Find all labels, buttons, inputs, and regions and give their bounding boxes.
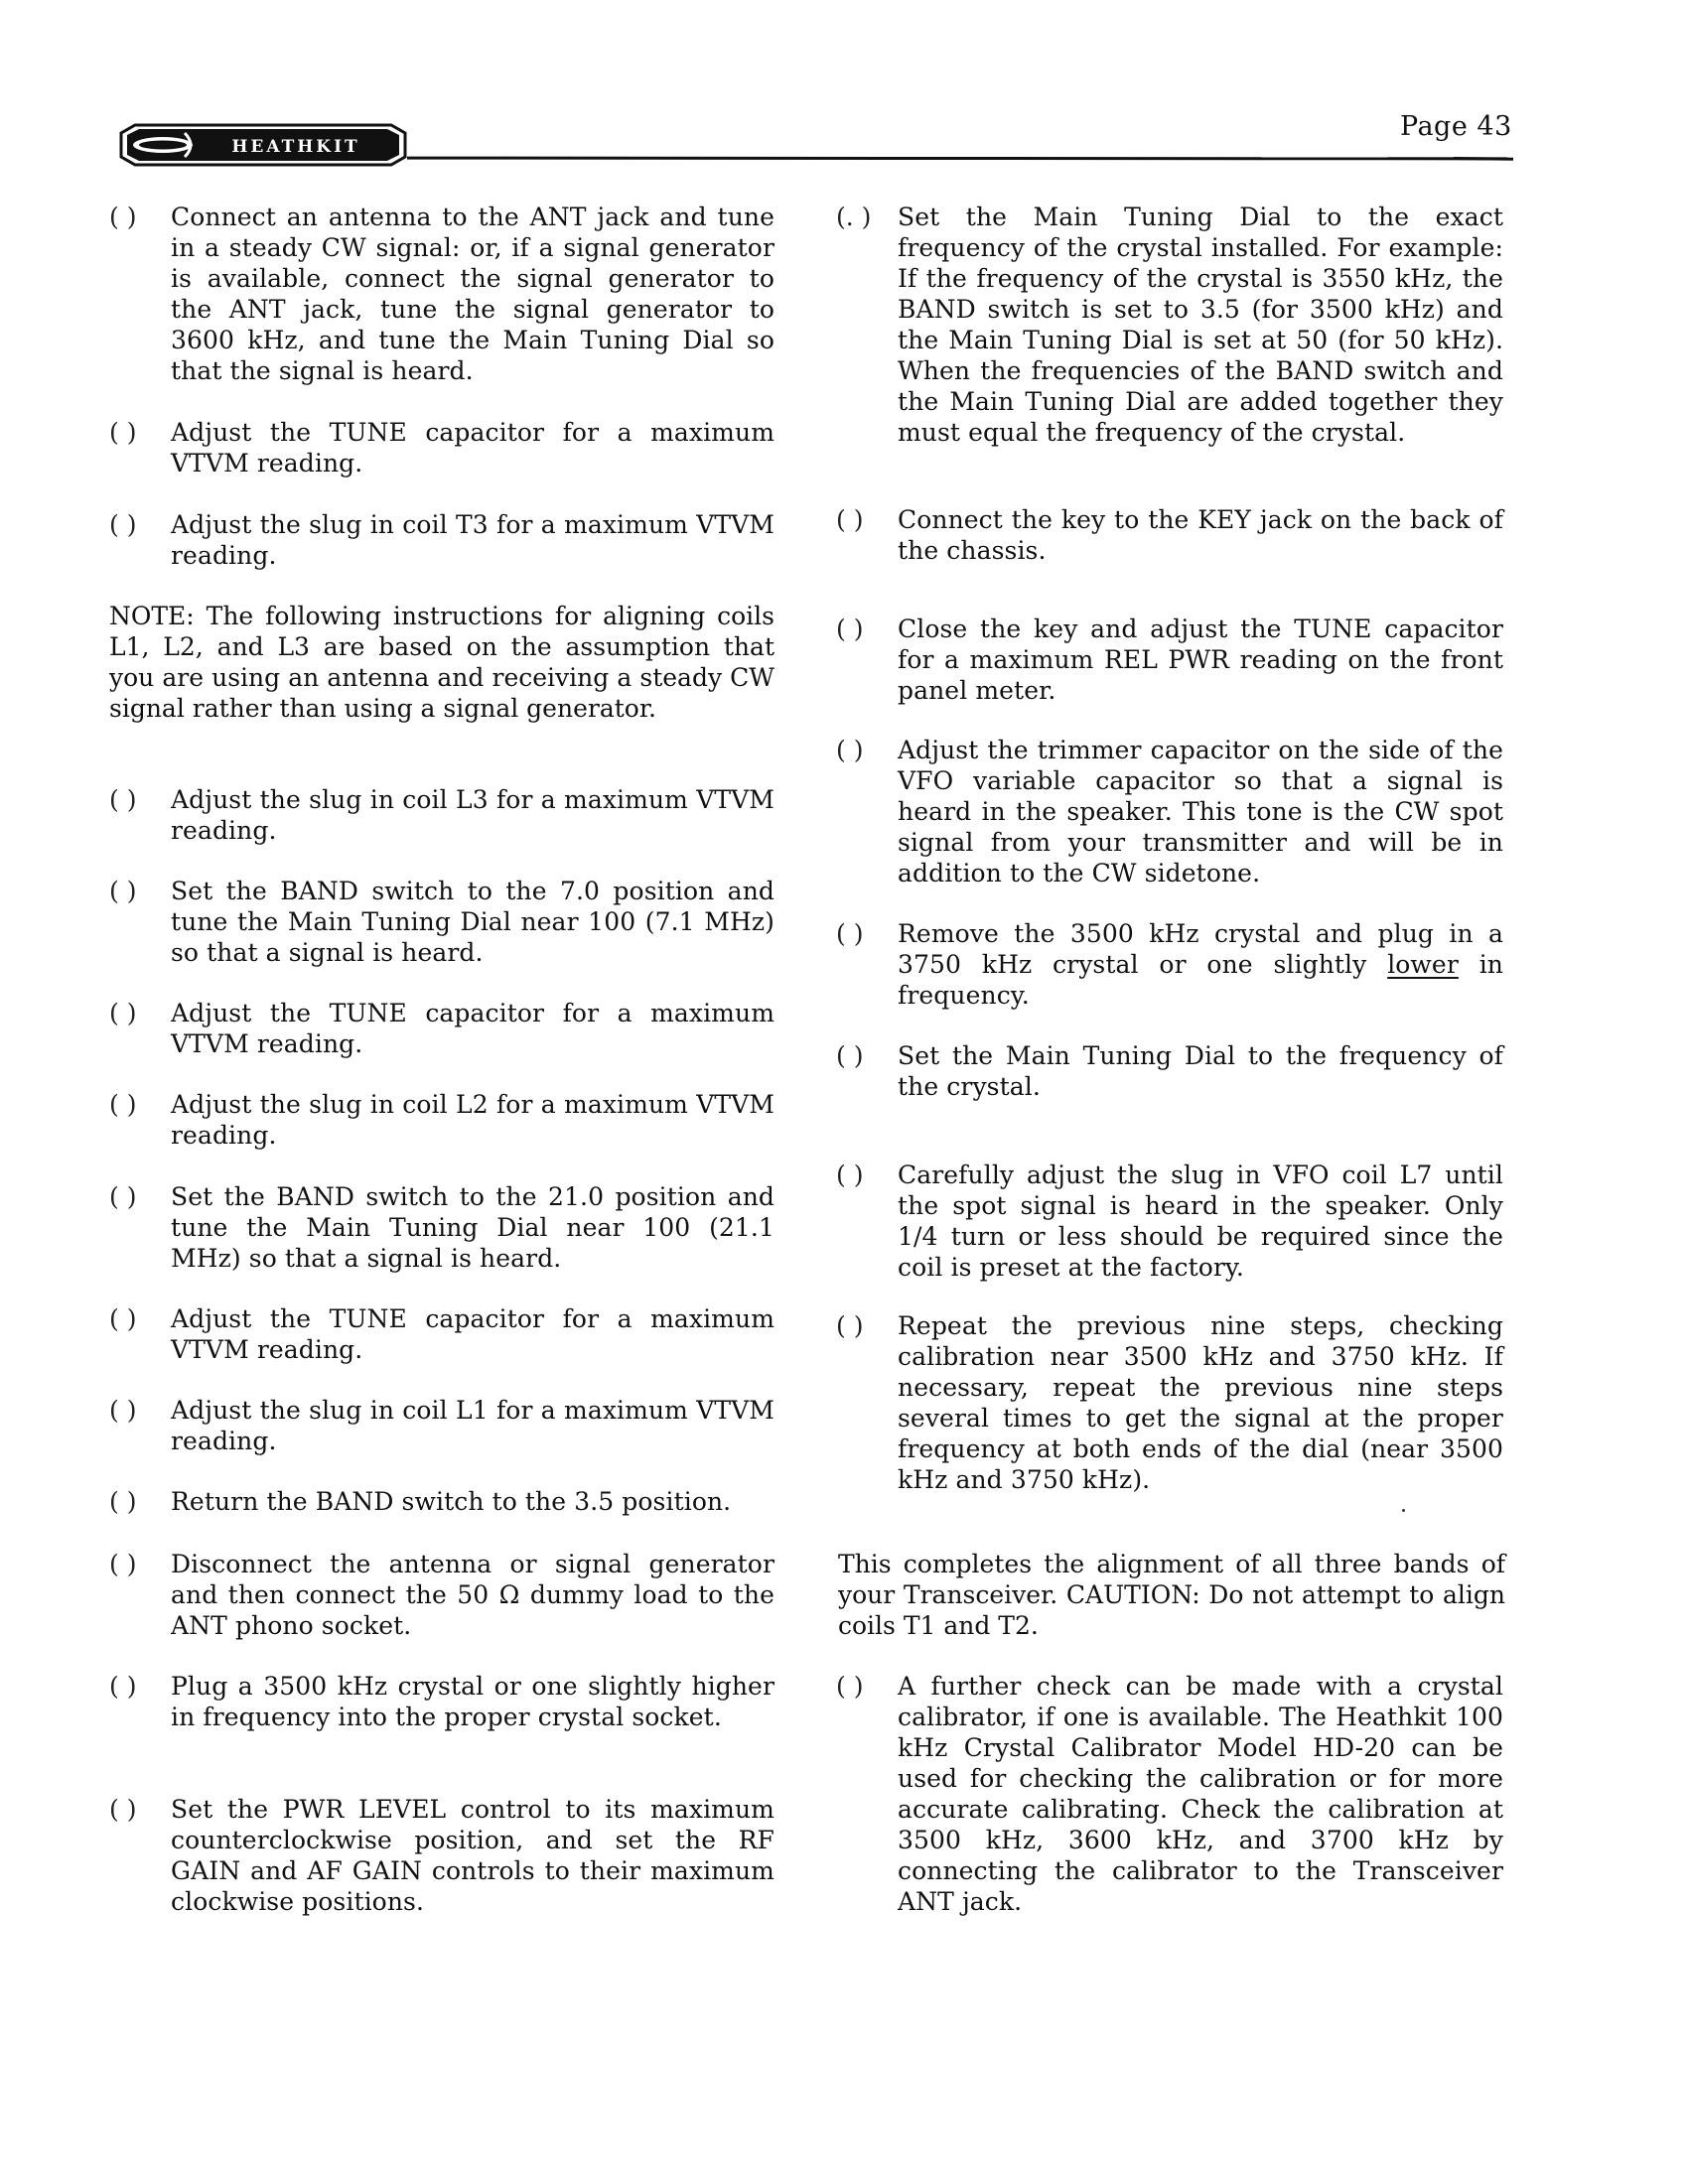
- step-text: Close the key and adjust the TUNE capaci…: [898, 614, 1503, 706]
- page-number: Page 43: [1400, 111, 1512, 142]
- step-checkbox[interactable]: ( ): [109, 1395, 161, 1426]
- step-text: Set the Main Tuning Dial to the frequenc…: [898, 1040, 1503, 1102]
- step-text: Set the PWR LEVEL control to its maximum…: [171, 1794, 774, 1917]
- step-text: Adjust the slug in coil L1 for a maximum…: [171, 1395, 774, 1456]
- step-text: Remove the 3500 kHz crystal and plug in …: [898, 918, 1503, 1011]
- heathkit-logo: HEATHKIT: [115, 123, 411, 167]
- step-checkbox[interactable]: ( ): [836, 918, 888, 949]
- step-checkbox[interactable]: ( ): [836, 1160, 888, 1190]
- step-text: Set the BAND switch to the 21.0 position…: [171, 1181, 774, 1274]
- logo-text: HEATHKIT: [231, 137, 359, 157]
- step-checkbox[interactable]: ( ): [836, 1040, 888, 1071]
- underlined-emphasis: lower: [1387, 950, 1459, 979]
- step-text: Disconnect the antenna or signal generat…: [171, 1549, 774, 1641]
- step-checkbox[interactable]: ( ): [836, 504, 888, 535]
- manual-page: HEATHKIT Page 43 ( ) Connect an antenna …: [0, 0, 1688, 2184]
- step-checkbox[interactable]: ( ): [109, 998, 161, 1028]
- step-checkbox[interactable]: ( ): [109, 1794, 161, 1825]
- header-rule: [407, 157, 1507, 161]
- step-checkbox[interactable]: ( ): [836, 735, 888, 765]
- step-checkbox[interactable]: ( ): [109, 1303, 161, 1334]
- step-text: Connect the key to the KEY jack on the b…: [898, 504, 1503, 566]
- step-text: Adjust the TUNE capacitor for a maximum …: [171, 417, 774, 478]
- step-checkbox[interactable]: ( ): [109, 1181, 161, 1212]
- step-checkbox[interactable]: ( ): [109, 876, 161, 906]
- step-checkbox[interactable]: ( ): [836, 1671, 888, 1702]
- step-text: Connect an antenna to the ANT jack and t…: [171, 202, 774, 386]
- step-text: Plug a 3500 kHz crystal or one slightly …: [171, 1671, 774, 1732]
- step-checkbox[interactable]: ( ): [836, 614, 888, 644]
- step-text: A further check can be made with a cryst…: [898, 1671, 1503, 1917]
- step-checkbox[interactable]: ( ): [109, 1089, 161, 1120]
- step-checkbox[interactable]: ( ): [109, 1671, 161, 1702]
- step-checkbox[interactable]: ( ): [109, 509, 161, 540]
- step-checkbox[interactable]: ( ): [836, 1310, 888, 1341]
- step-text: Adjust the trimmer capacitor on the side…: [898, 735, 1503, 888]
- step-text: Adjust the slug in coil T3 for a maximum…: [171, 509, 774, 571]
- scan-speck: [1402, 1509, 1405, 1512]
- step-text: Return the BAND switch to the 3.5 positi…: [171, 1486, 774, 1517]
- alignment-note: NOTE: The following instructions for ali…: [109, 601, 774, 724]
- step-text: Repeat the previous nine steps, checking…: [898, 1310, 1503, 1495]
- step-checkbox[interactable]: ( ): [109, 1486, 161, 1517]
- step-text: Set the BAND switch to the 7.0 position …: [171, 876, 774, 968]
- step-text: Adjust the TUNE capacitor for a maximum …: [171, 1303, 774, 1365]
- step-text: Adjust the slug in coil L3 for a maximum…: [171, 784, 774, 846]
- completion-note: This completes the alignment of all thre…: [838, 1549, 1505, 1641]
- step-text: Carefully adjust the slug in VFO coil L7…: [898, 1160, 1503, 1283]
- step-text: Set the Main Tuning Dial to the exact fr…: [898, 202, 1503, 448]
- step-checkbox[interactable]: ( ): [109, 202, 161, 232]
- step-text: Adjust the TUNE capacitor for a maximum …: [171, 998, 774, 1059]
- step-checkbox[interactable]: ( ): [109, 784, 161, 815]
- step-checkbox[interactable]: (. ): [836, 202, 888, 232]
- step-text: Adjust the slug in coil L2 for a maximum…: [171, 1089, 774, 1151]
- step-checkbox[interactable]: ( ): [109, 417, 161, 448]
- step-checkbox[interactable]: ( ): [109, 1549, 161, 1579]
